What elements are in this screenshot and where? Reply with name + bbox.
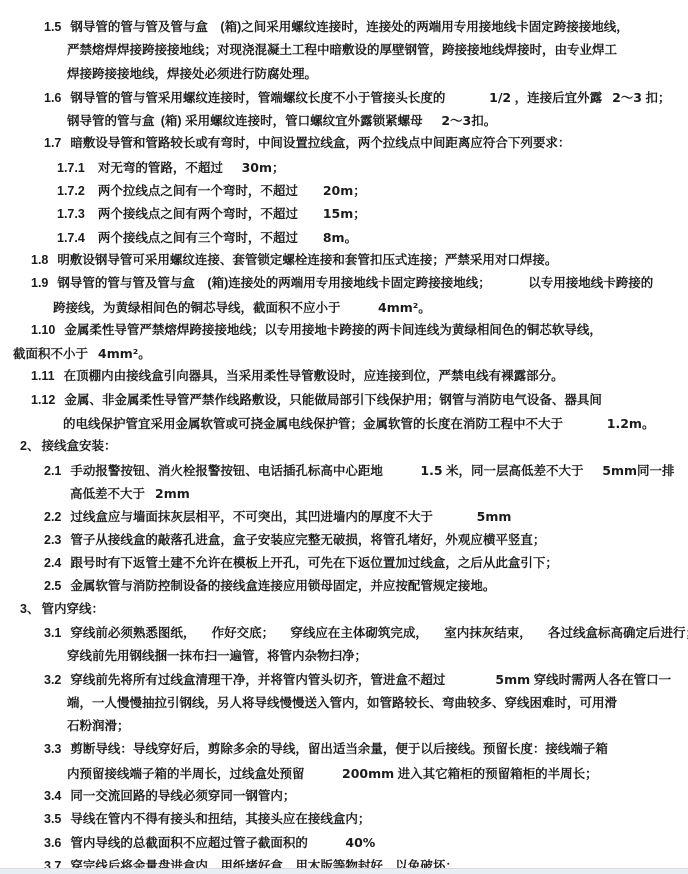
text-run: 石粉润滑；: [67, 719, 130, 733]
value-run: 4mm²: [378, 300, 418, 315]
text-run: ，连接后宜外露: [511, 91, 602, 105]
text-run: 剪断导线：导线穿好后，剪除多余的导线，留出适当余量，便于以后接线。预留长度：接线…: [70, 742, 608, 756]
text-run: 进入其它箱柜的预留箱柜的半周长；: [394, 767, 597, 781]
text-run: 接线盒安装：: [41, 439, 116, 453]
value-run: 2～3: [441, 113, 471, 128]
value-run: 30m: [242, 160, 272, 175]
item-number: 1.7.4: [57, 227, 85, 250]
doc-line: 1.11在顶棚内由接线盒引向器具，当采用柔性导管敷设时，应连接到位，严禁电线有裸…: [31, 365, 688, 388]
text-run: 作好交底；: [212, 626, 275, 640]
doc-line: 3.3剪断导线：导线穿好后，剪除多余的导线，留出适当余量，便于以后接线。预留长度…: [44, 738, 688, 761]
item-number: 1.11: [31, 365, 55, 388]
field-gap: [532, 636, 548, 637]
value-run: 20m: [323, 183, 353, 198]
doc-line: 1.7.3两个接线点之间有两个弯时，不超过15m；: [57, 202, 688, 225]
text-run: 同一排: [637, 464, 675, 478]
text-run: 两个接线点之间有三个弯时，不超过: [98, 231, 298, 245]
doc-line: 钢导管的管与盒(箱) 采用螺纹连接时，管口螺纹宜外露锁紧螺母2～3扣。: [67, 109, 688, 132]
document-body: 1.5钢导管的管与管及管与盒(箱)之间采用螺纹连接时，连接处的两端用专用接地线卡…: [0, 16, 688, 874]
field-gap: [445, 683, 495, 684]
text-run: 管内导线的总截面积不应超过管子截面积的: [70, 836, 308, 850]
item-number: 3、: [20, 598, 39, 621]
value-run: 8m: [323, 230, 345, 245]
doc-line: 内预留接线端子箱的半周长，过线盒处预留200mm 进入其它箱柜的预留箱柜的半周长…: [67, 762, 688, 785]
text-run: (箱)连接处的两端用专用接地线卡固定跨接接地线；: [207, 276, 490, 290]
item-number: 1.7.2: [57, 180, 85, 203]
item-number: 1.8: [31, 249, 48, 272]
text-run: 手动报警按钮、消火栓报警按钮、电话插孔标高中心距地: [70, 464, 383, 478]
text-run: 对无弯的管路，不超过: [98, 161, 223, 175]
text-run: 过线盒应与墙面抹灰层相平，不可突出，其凹进墙内的厚度不大于: [70, 510, 433, 524]
value-run: 40%: [345, 835, 375, 850]
field-gap: [208, 30, 221, 31]
item-number: 2.1: [44, 460, 61, 483]
text-run: 两个接线点之间有两个弯时，不超过: [98, 207, 298, 221]
text-run: 金属软管与消防控制设备的接线盒连接应用锁母固定，并应按配管规定接地。: [70, 579, 495, 593]
field-gap: [195, 286, 208, 287]
doc-line: 跨接线，为黄绿相间色的铜芯导线，截面积不应小于4mm²。: [53, 296, 688, 319]
text-run: 端，一人慢慢抽拉引钢线，另人将导线慢慢送入管内，如管路较长、弯曲较多、穿线困难时…: [67, 696, 617, 710]
value-run: 2mm: [155, 486, 190, 501]
value-run: 1/2: [489, 90, 511, 105]
field-gap: [584, 474, 603, 475]
item-number: 3.3: [44, 738, 61, 761]
text-run: (箱) 采用螺纹连接时，管口螺纹宜外露锁紧螺母: [161, 114, 423, 128]
item-number: 2.5: [44, 575, 61, 598]
text-run: 跨接线，为黄绿相间色的铜芯导线，截面积不应小于: [53, 301, 341, 315]
doc-line: 2.1手动报警按钮、消火栓报警按钮、电话插孔标高中心距地1.5 米，同一层高低差…: [44, 459, 688, 482]
field-gap: [145, 497, 155, 498]
field-gap: [423, 124, 442, 125]
value-run: 15m: [323, 206, 353, 221]
doc-line: 1.7.4两个接线点之间有三个弯时，不超过8m。: [57, 226, 688, 249]
document-page: 1.5钢导管的管与管及管与盒(箱)之间采用螺纹连接时，连接处的两端用专用接地线卡…: [0, 0, 688, 874]
item-number: 2.2: [44, 506, 61, 529]
field-gap: [223, 171, 242, 172]
value-run: 200mm: [342, 766, 394, 781]
text-run: 室内抹灰结束，: [444, 626, 532, 640]
text-run: 严禁熔焊焊接跨接接地线；对现浇混凝土工程中暗敷设的厚壁钢管，跨接接地线焊接时，由…: [67, 43, 617, 57]
text-run: 穿线前先将所有过线盒清理干净，并将管内管头切齐，管进盒不超过: [70, 673, 445, 687]
text-run: 在顶棚内由接线盒引向器具，当采用柔性导管敷设时，应连接到位，严禁电线有裸露部分。: [64, 369, 564, 383]
doc-line: 3、管内穿线：: [20, 598, 688, 621]
doc-line: 3.2穿线前先将所有过线盒清理干净，并将管内管头切齐，管进盒不超过5mm 穿线时…: [44, 668, 688, 691]
text-run: 穿线前必须熟悉图纸，: [70, 626, 195, 640]
text-run: 管内穿线：: [41, 602, 104, 616]
field-gap: [88, 357, 98, 358]
text-run: 明敷设钢导管可采用螺纹连接、套管锁定螺栓连接和套管扣压式连接；严禁采用对口焊接。: [57, 253, 557, 267]
doc-line: 2.4跟号时有下返管土建不允许在模板上开孔，可先在下返位置加过线盒，之后从此盒引…: [44, 552, 688, 575]
text-run: 钢导管的管与盒: [67, 114, 155, 128]
doc-line: 1.7.1对无弯的管路，不超过30m；: [57, 156, 688, 179]
value-run: 4mm²: [98, 346, 138, 361]
field-gap: [298, 194, 323, 195]
text-run: 跟号时有下返管土建不允许在模板上开孔，可先在下返位置加过线盒，之后从此盒引下；: [70, 556, 558, 570]
text-run: 管子从接线盒的敲落孔进盒，盒子安装应完整无破损，将管孔堵好，外观应横平竖直；: [70, 533, 545, 547]
doc-line: 1.6钢导管的管与管采用螺纹连接时，管端螺纹长度不小于管接头长度的1/2 ，连接…: [44, 86, 688, 109]
text-run: ；: [353, 184, 366, 198]
value-run: 5mm: [477, 509, 512, 524]
text-run: 焊接跨接接地线，焊接处必须进行防腐处理。: [67, 67, 317, 81]
doc-line: 2.3管子从接线盒的敲落孔进盒，盒子安装应完整无破损，将管孔堵好，外观应横平竖直…: [44, 529, 688, 552]
item-number: 3.6: [44, 832, 61, 855]
doc-line: 的电线保护管宜采用金属软管或可挠金属电线保护管；金属软管的长度在消防工程中不大于…: [63, 412, 688, 435]
field-gap: [445, 101, 489, 102]
doc-line: 3.1穿线前必须熟悉图纸，作好交底；穿线应在主体砌筑完成，室内抹灰结束，各过线盒…: [44, 622, 688, 645]
text-run: 。: [138, 347, 151, 361]
text-run: ；: [353, 207, 366, 221]
doc-line: 高低差不大于2mm: [70, 482, 688, 505]
doc-line: 石粉润滑；: [67, 715, 688, 738]
item-number: 2.4: [44, 552, 61, 575]
text-run: 穿线时需两人各在管口一: [530, 673, 671, 687]
field-gap: [298, 241, 323, 242]
field-gap: [491, 286, 529, 287]
doc-line: 3.4同一交流回路的导线必须穿同一钢管内；: [44, 785, 688, 808]
doc-line: 3.5导线在管内不得有接头和扭结，其接头应在接线盒内；: [44, 808, 688, 831]
item-number: 2.3: [44, 529, 61, 552]
text-run: 的电线保护管宜采用金属软管或可挠金属电线保护管；金属软管的长度在消防工程中不大于: [63, 417, 563, 431]
text-run: 高低差不大于: [70, 487, 145, 501]
item-number: 1.7.1: [57, 157, 85, 180]
text-run: 穿线应在主体砌筑完成，: [290, 626, 428, 640]
text-run: (箱)之间采用螺纹连接时，连接处的两端用专用接地线卡固定跨接接地线，: [220, 20, 628, 34]
text-run: 钢导管的管与管及管与盒: [70, 20, 208, 34]
text-run: 内预留接线端子箱的半周长，过线盒处预留: [67, 767, 305, 781]
doc-line: 穿线前先用钢线捆一抹布扫一遍管，将管内杂物扫净；: [67, 645, 688, 668]
field-gap: [341, 311, 379, 312]
text-run: 。: [345, 231, 358, 245]
item-number: 1.12: [31, 389, 55, 412]
doc-line: 1.8明敷设钢导管可采用螺纹连接、套管锁定螺栓连接和套管扣压式连接；严禁采用对口…: [31, 249, 688, 272]
text-run: 截面积不小于: [13, 347, 88, 361]
doc-line: 2.5金属软管与消防控制设备的接线盒连接应用锁母固定，并应按配管规定接地。: [44, 575, 688, 598]
text-run: 金属柔性导管严禁熔焊跨接接地线；以专用接地卡跨接的两卡间连线为黄绿相间色的铜芯软…: [64, 323, 602, 337]
doc-line: 1.5钢导管的管与管及管与盒(箱)之间采用螺纹连接时，连接处的两端用专用接地线卡…: [44, 16, 688, 39]
value-run: 2～3: [612, 90, 642, 105]
item-number: 3.1: [44, 622, 61, 645]
text-run: 暗敷设导管和管路较长或有弯时，中间设置拉线盒，两个拉线点中间距离应符合下列要求：: [70, 136, 570, 150]
field-gap: [274, 636, 290, 637]
field-gap: [563, 427, 607, 428]
text-run: 金属、非金属柔性导管严禁作线路敷设，只能做局部引下线保护用；钢管与消防电气设备、…: [64, 393, 602, 407]
doc-line: 2、接线盒安装：: [20, 435, 688, 458]
item-number: 1.5: [44, 16, 61, 39]
doc-line: 2.2过线盒应与墙面抹灰层相平，不可突出，其凹进墙内的厚度不大于5mm: [44, 505, 688, 528]
value-run: 1.5: [420, 463, 442, 478]
doc-line: 1.12金属、非金属柔性导管严禁作线路敷设，只能做局部引下线保护用；钢管与消防电…: [31, 389, 688, 412]
item-number: 1.6: [44, 87, 61, 110]
text-run: 钢导管的管与管及管与盒: [57, 276, 195, 290]
text-run: 。: [418, 301, 431, 315]
page-bottom-edge: [0, 868, 688, 874]
doc-line: 1.7.2两个拉线点之间有一个弯时，不超过20m；: [57, 179, 688, 202]
text-run: 各过线盒标高确定后进行；: [548, 626, 688, 640]
item-number: 2、: [20, 435, 39, 458]
text-run: 以专用接地线卡跨接的: [528, 276, 653, 290]
text-run: 导线在管内不得有接头和扭结，其接头应在接线盒内；: [70, 812, 370, 826]
field-gap: [308, 846, 346, 847]
value-run: 1.2m: [607, 416, 642, 431]
field-gap: [428, 636, 444, 637]
doc-line: 1.7暗敷设导管和管路较长或有弯时，中间设置拉线盒，两个拉线点中间距离应符合下列…: [44, 132, 688, 155]
field-gap: [298, 217, 323, 218]
field-gap: [602, 101, 612, 102]
doc-line: 3.6管内导线的总截面积不应超过管子截面积的40%: [44, 831, 688, 854]
value-run: 5mm: [495, 672, 530, 687]
field-gap: [305, 777, 343, 778]
item-number: 1.10: [31, 319, 55, 342]
text-run: 穿线前先用钢线捆一抹布扫一遍管，将管内杂物扫净；: [67, 649, 367, 663]
field-gap: [433, 520, 477, 521]
text-run: 扣。: [471, 114, 496, 128]
item-number: 1.7: [44, 132, 61, 155]
field-gap: [383, 474, 421, 475]
text-run: ；: [272, 161, 285, 175]
text-run: 扣；: [642, 91, 670, 105]
doc-line: 1.10金属柔性导管严禁熔焊跨接接地线；以专用接地卡跨接的两卡间连线为黄绿相间色…: [31, 319, 688, 342]
text-run: 钢导管的管与管采用螺纹连接时，管端螺纹长度不小于管接头长度的: [70, 91, 445, 105]
doc-line: 端，一人慢慢抽拉引钢线，另人将导线慢慢送入管内，如管路较长、弯曲较多、穿线困难时…: [67, 692, 688, 715]
text-run: 。: [642, 417, 655, 431]
text-run: 米，同一层高低差不大于: [443, 464, 584, 478]
doc-line: 焊接跨接接地线，焊接处必须进行防腐处理。: [67, 63, 688, 86]
item-number: 1.9: [31, 272, 48, 295]
doc-line: 截面积不小于4mm²。: [13, 342, 688, 365]
text-run: 同一交流回路的导线必须穿同一钢管内；: [70, 789, 295, 803]
value-run: 5mm: [602, 463, 637, 478]
item-number: 3.5: [44, 808, 61, 831]
item-number: 3.2: [44, 669, 61, 692]
doc-line: 严禁熔焊焊接跨接接地线；对现浇混凝土工程中暗敷设的厚壁钢管，跨接接地线焊接时，由…: [67, 39, 688, 62]
doc-line: 1.9钢导管的管与管及管与盒(箱)连接处的两端用专用接地线卡固定跨接接地线；以专…: [31, 272, 688, 295]
text-run: 两个拉线点之间有一个弯时，不超过: [98, 184, 298, 198]
field-gap: [195, 636, 211, 637]
item-number: 1.7.3: [57, 203, 85, 226]
item-number: 3.4: [44, 785, 61, 808]
